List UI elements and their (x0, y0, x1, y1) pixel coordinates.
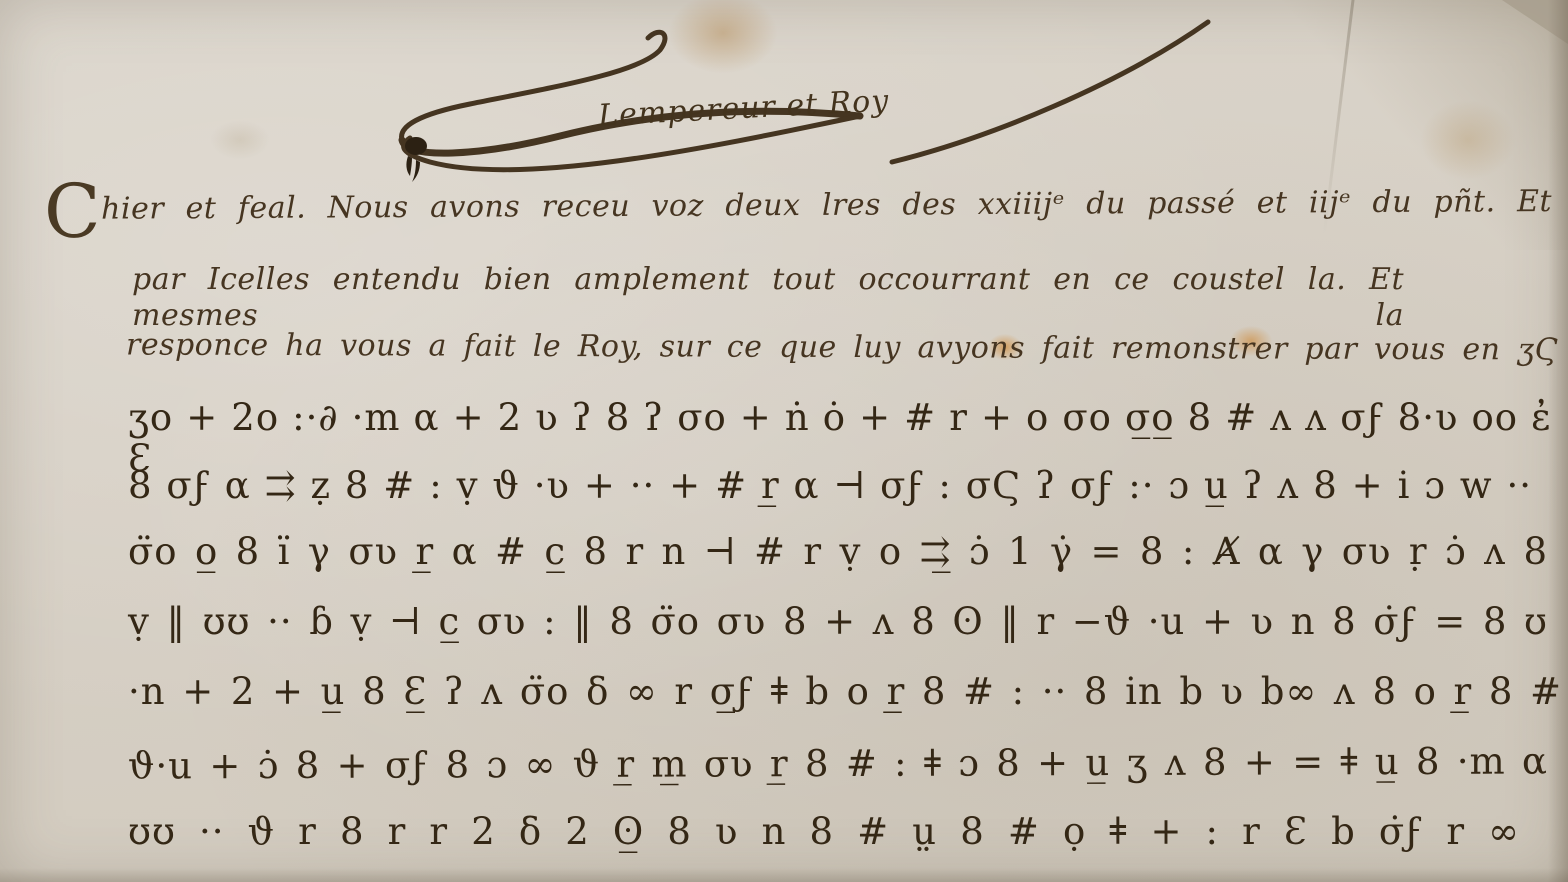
cipher-line-6: ϑ·u + ɔ̇ 8 + σϝ 8 ɔ ∞ ϑ r̲ m̲ σʋ r̲ 8 # … (128, 742, 1548, 788)
french-line-1-text: hier et feal. Nous avons receu voz deux … (101, 184, 1552, 227)
french-line-1: Chier et feal. Nous avons receu voz deux… (44, 182, 1552, 234)
cipher-line-7: ʊʊ ·· ϑ r 8 r r 2 δ 2 ʘ̲ 8 ʋ n 8 # ṳ 8 #… (128, 812, 1520, 853)
cipher-line-5: ·n + 2 + u̲ 8 Ɛ̲ ʔ ʌ σ̈o δ ∞ r σ̲ϝ ǂ b o… (128, 672, 1562, 713)
decorated-initial: C (44, 169, 102, 255)
parchment-edge-shadow (0, 868, 1568, 882)
french-line-3: responce ha vous a fait le Roy, sur ce q… (126, 328, 1558, 369)
cipher-line-3: σ̈o o̲ 8 ï γ σʋ r̲ α # c̲ 8 r n ⊣ # r ṿ … (128, 532, 1548, 573)
cipher-line-4: ṿ ‖ ʊʊ ·· ɓ ṿ ⊣ c̲ σʋ : ‖ 8 σ̈o σʋ 8 + ʌ… (128, 602, 1548, 643)
cipher-line-2: 8 σϝ α ⇉ ẓ 8 # : ṿ ϑ ·ʋ + ·· + # r̲ α ⊣ … (128, 466, 1532, 507)
french-line-2: par Icelles entendu bien amplement tout … (132, 262, 1404, 334)
manuscript-page: Lempereur et Roy Chier et feal. Nous avo… (0, 0, 1568, 882)
